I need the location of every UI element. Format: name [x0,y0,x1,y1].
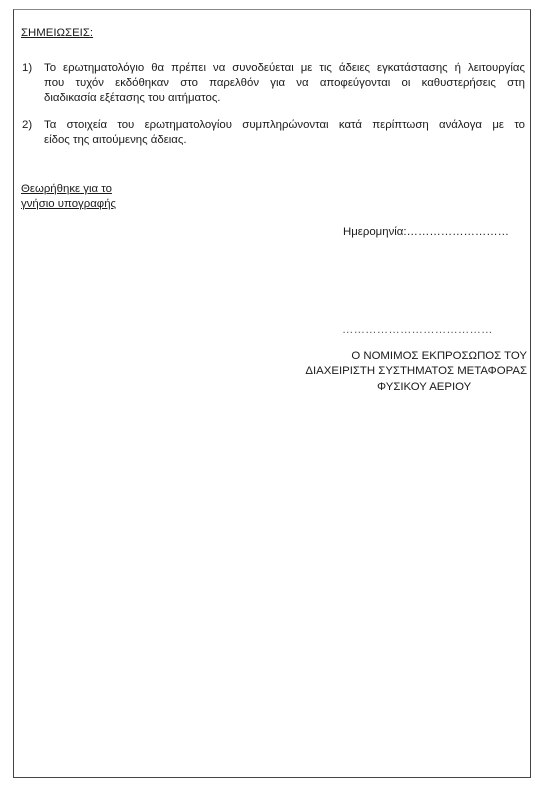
note-1-line-2: που τυχόν εκδόθηκαν στο παρελθόν για να … [44,76,525,91]
date-field: Ημερομηνία:……………………… [343,225,509,240]
note-2-text: Τα στοιχεία του ερωτηματολογίου συμπληρώ… [44,118,525,148]
note-1-text: Το ερωτηματολόγιο θα πρέπει να συνοδεύετ… [44,61,525,107]
note-2-number: 2) [22,118,32,133]
notes-heading: ΣΗΜΕΙΩΣΕΙΣ: [21,26,93,41]
note-1-line-3: διαδικασία εξέτασης του αιτήματος. [44,91,525,106]
signature-certification: Θεωρήθηκε για το γνήσιο υπογραφής [21,182,116,212]
note-2-line-2: είδος της αιτούμενης άδειας. [44,133,525,148]
certification-line-1: Θεωρήθηκε για το [21,182,116,197]
legal-representative-title: Ο ΝΟΜΙΜΟΣ ΕΚΠΡΟΣΩΠΟΣ ΤΟΥ ΔΙΑΧΕΙΡΙΣΤΗ ΣΥΣ… [270,349,530,395]
note-1-number: 1) [22,61,32,76]
signature-line: ………………………………… [342,323,493,338]
note-1-line-1: Το ερωτηματολόγιο θα πρέπει να συνοδεύετ… [44,61,525,76]
representative-line-3: ΦΥΣΙΚΟΥ ΑΕΡΙΟΥ [270,380,530,395]
note-2-line-1: Τα στοιχεία του ερωτηματολογίου συμπληρώ… [44,118,525,133]
representative-line-1: Ο ΝΟΜΙΜΟΣ ΕΚΠΡΟΣΩΠΟΣ ΤΟΥ [270,349,530,364]
representative-line-2: ΔΙΑΧΕΙΡΙΣΤΗ ΣΥΣΤΗΜΑΤΟΣ ΜΕΤΑΦΟΡΑΣ [270,364,530,379]
certification-line-2: γνήσιο υπογραφής [21,197,116,212]
